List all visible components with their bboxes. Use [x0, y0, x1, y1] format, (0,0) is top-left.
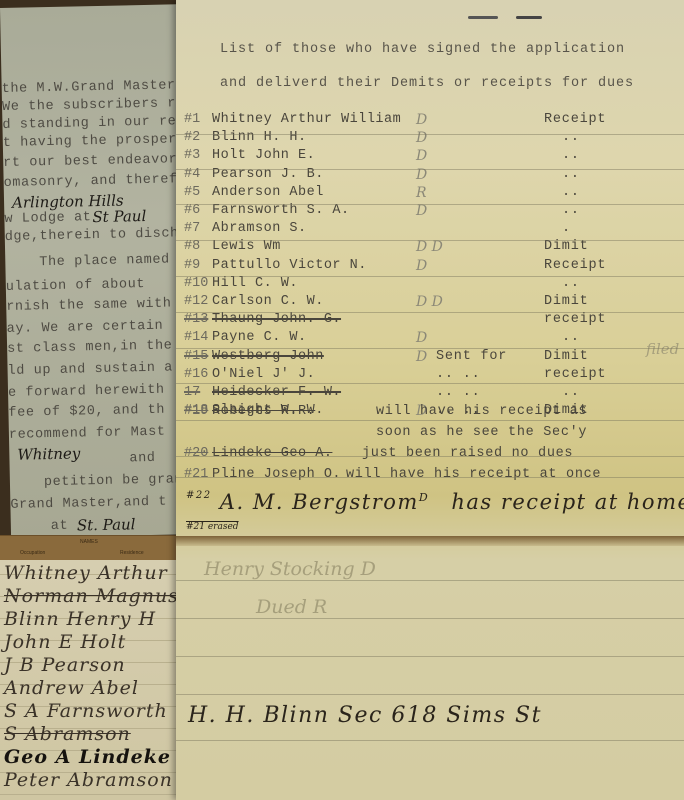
entry-pencil: D	[416, 112, 427, 128]
entry-name: Hill C. W.	[212, 276, 298, 291]
handwritten-city: St Paul	[92, 207, 146, 226]
entry-status: ..	[562, 148, 580, 163]
entry-num: #7	[184, 221, 200, 236]
entry-name: Heidecker F. W.	[212, 385, 341, 400]
letter-line: d standing in our re	[2, 114, 176, 133]
ruled-line	[176, 169, 684, 170]
ledger-row: #1Whitney Arthur WilliamDReceipt	[184, 112, 674, 128]
entry-name: Blinn H. H.	[212, 130, 307, 145]
ledger-note-row: #19Roberts R.R.will have his receipt as	[184, 404, 674, 420]
entry-name: Abramson S.	[212, 221, 307, 236]
signature: J B Pearson	[4, 654, 126, 676]
handwritten-entry-num: #22	[186, 490, 212, 501]
ledger-row: #12Carlson C. W.D DDimit	[184, 294, 674, 310]
ruled-line	[176, 276, 684, 277]
signature: Andrew Abel	[4, 677, 139, 699]
letter-line: ld up and sustain a	[7, 360, 173, 378]
ledger-row: #2Blinn H. H.D..	[184, 130, 674, 146]
entry-num: #2	[184, 130, 200, 145]
ledger-row: #9Pattullo Victor N.DReceipt	[184, 258, 674, 274]
entry-name: Holt John E.	[212, 148, 315, 163]
ledger-row: #13Thaung John. G.receipt	[184, 312, 674, 328]
ledger-note-row: soon as he see the Sec'y	[184, 425, 674, 441]
entry-pencil: D	[416, 349, 427, 365]
entry-pencil: D	[416, 330, 427, 346]
entry-name: Anderson Abel	[212, 185, 324, 200]
entry-num: #14	[184, 330, 208, 345]
entry-status: ..	[562, 130, 580, 145]
ledger-row: 17Heidecker F. W... ....	[184, 385, 674, 401]
letter-line: t having the prosper	[3, 132, 177, 151]
ledger-note-row: #20Lindeke Geo A.just been raised no due…	[184, 446, 674, 462]
letter-line: ulation of about	[6, 277, 146, 295]
ledger-row: #3Holt John E.D..	[184, 148, 674, 164]
ledger-row: #7Abramson S..	[184, 221, 674, 237]
entry-mid: Sent for	[436, 349, 507, 364]
letter-line: We the subscribers re	[2, 96, 185, 115]
staple-left-icon	[468, 16, 498, 19]
ruled-line	[176, 656, 684, 657]
note-num: #19	[184, 404, 208, 419]
signature-sheet: Whitney Arthur WNorman MagnusBlinn Henry…	[0, 560, 185, 800]
entry-status: receipt	[544, 367, 606, 382]
entry-mid: .. ..	[436, 385, 481, 400]
entry-name: Carlson C. W.	[212, 294, 324, 309]
ruled-line	[176, 694, 684, 695]
strip-label-residence: Residence	[120, 550, 144, 556]
ruled-line	[176, 134, 684, 135]
faint-pencil-line-1: Henry Stocking D	[204, 558, 376, 580]
entry-status: .	[562, 221, 571, 236]
entry-status: Receipt	[544, 112, 606, 127]
entry-name: Farnsworth S. A.	[212, 203, 350, 218]
ruled-line	[176, 383, 684, 384]
signature: Geo A Lindeke	[4, 746, 171, 768]
letter-line: st class men,in the	[7, 338, 173, 356]
entry-num: #6	[184, 203, 200, 218]
entry-mid: .. ..	[436, 367, 481, 382]
letter-line: rnish the same with	[6, 296, 172, 314]
entry-status: Dimit	[544, 294, 589, 309]
entry-num: 17	[184, 385, 200, 400]
letter-line: w Lodge at	[4, 210, 91, 227]
ruled-line	[176, 477, 684, 478]
entry-num: #16	[184, 367, 208, 382]
ledger-row: #8Lewis WmD DDimit	[184, 239, 674, 255]
entry-num: #8	[184, 239, 200, 254]
ledger-title-line-2: and deliverd their Demits or receipts fo…	[220, 76, 634, 91]
entry-status: ..	[562, 330, 580, 345]
ruled-line	[176, 420, 684, 421]
entry-num: #5	[184, 185, 200, 200]
entry-name: O'Niel J' J.	[212, 367, 315, 382]
margin-pencil-note: filed	[646, 340, 679, 358]
handwritten-entry-note: has receipt at home	[451, 490, 684, 514]
entry-name: Whitney Arthur William	[212, 112, 401, 127]
ledger-row: #16O'Niel J' J... ..receipt	[184, 367, 674, 383]
signature: Whitney Arthur W	[4, 562, 185, 584]
ruling-line	[0, 794, 185, 795]
entry-status: receipt	[544, 312, 606, 327]
letter-line: the M.W.Grand Master	[2, 78, 176, 97]
entry-num: #12	[184, 294, 208, 309]
entry-status: ..	[562, 203, 580, 218]
entry-status: Dimit	[544, 349, 589, 364]
handwritten-entry-sub: #21 erased	[186, 522, 239, 532]
note-text: soon as he see the Sec'y	[376, 425, 587, 440]
entry-pencil: D	[416, 130, 427, 146]
ruled-line	[176, 580, 684, 581]
strip-label-occupation: Occupation	[20, 550, 45, 556]
entry-pencil: D D	[416, 239, 443, 255]
ruled-line	[176, 456, 684, 457]
letter-line: Grand Master,and t	[10, 495, 167, 513]
ruled-line	[176, 618, 684, 619]
entry-status: ..	[562, 385, 580, 400]
ledger-row: #14Payne C. W.D..	[184, 330, 674, 346]
entry-name: Payne C. W.	[212, 330, 307, 345]
note-text: will have his receipt as	[376, 404, 587, 419]
note-text: just been raised no dues	[362, 446, 573, 461]
ruled-line	[176, 740, 684, 741]
ledger-note-row: #21Pline Joseph O.will have his receipt …	[184, 467, 674, 483]
staple-right-icon	[516, 16, 542, 19]
letter-line: and	[129, 451, 155, 467]
letter-line: rt our best endeavor	[3, 152, 177, 171]
letter-line: at	[51, 519, 69, 534]
entry-status: Dimit	[544, 239, 589, 254]
letter-line: recommend for Mast	[9, 425, 166, 443]
entry-status: ..	[562, 276, 580, 291]
entry-pencil: R	[416, 185, 427, 201]
entry-pencil: D	[416, 148, 427, 164]
handwritten-city-2: St. Paul	[77, 515, 136, 534]
handwritten-entry-name: A. M. Bergstrom	[220, 490, 419, 514]
handwritten-master-name: Whitney	[17, 444, 80, 463]
entry-name: Westberg John	[212, 349, 324, 364]
signature: John E Holt	[4, 631, 126, 653]
letter-line: ay. We are certain	[7, 319, 164, 337]
faint-pencil-line-2: Dued R	[256, 596, 327, 618]
entry-num: #15	[184, 349, 208, 364]
ledger-row: #6Farnsworth S. A.D..	[184, 203, 674, 219]
note-name: Roberts R.R.	[212, 404, 315, 419]
entry-status: Receipt	[544, 258, 606, 273]
letter-line: The place named is	[39, 252, 196, 270]
note-num: #21	[184, 467, 208, 482]
entry-pencil: D	[416, 203, 427, 219]
letter-line: omasonry, and therefo	[4, 172, 187, 191]
ruled-line	[176, 240, 684, 241]
page-fold-shadow	[176, 536, 684, 546]
entry-name: Lewis Wm	[212, 239, 281, 254]
entry-num: #13	[184, 312, 208, 327]
entry-num: #10	[184, 276, 208, 291]
ledger-row: #10Hill C. W...	[184, 276, 674, 292]
signature: Peter Abramson	[4, 769, 173, 791]
entry-status: ..	[562, 185, 580, 200]
entry-num: #1	[184, 112, 200, 127]
handwritten-entry-mark: D	[419, 491, 429, 504]
strip-label-names: NAMES	[80, 539, 98, 545]
note-num: #20	[184, 446, 208, 461]
entry-num: #9	[184, 258, 200, 273]
ledger-title-line-1: List of those who have signed the applic…	[220, 42, 625, 57]
ruled-line	[176, 312, 684, 313]
ledger-row: #15Westberg JohnDSent forDimit	[184, 349, 674, 365]
secretary-signature: H. H. Blinn Sec 618 Sims St	[188, 703, 542, 728]
note-name: Lindeke Geo A.	[212, 446, 332, 461]
signature: S A Farnsworth	[4, 700, 168, 722]
signature: Blinn Henry H	[4, 608, 156, 630]
ruled-line	[176, 204, 684, 205]
entry-num: #3	[184, 148, 200, 163]
signature: Norman Magnus	[4, 585, 179, 607]
letter-line: fee of $20, and th	[8, 403, 165, 421]
entry-pencil: D	[416, 258, 427, 274]
entry-pencil: D D	[416, 294, 443, 310]
ledger-row: #5Anderson AbelR..	[184, 185, 674, 201]
ruled-line	[176, 348, 684, 349]
letter-line: dge,therein to discha	[5, 226, 188, 245]
signature: S Abramson	[4, 723, 131, 745]
entry-name: Pattullo Victor N.	[212, 258, 367, 273]
note-text: will have his receipt at once	[346, 467, 601, 482]
entry-name: Thaung John. G.	[212, 312, 341, 327]
handwritten-entry-22: #22 A. M. BergstromD has receipt at home	[186, 490, 684, 514]
note-name: Pline Joseph O.	[212, 467, 341, 482]
ledger-page: List of those who have signed the applic…	[176, 0, 684, 800]
letter-line: e forward herewith	[8, 383, 165, 401]
